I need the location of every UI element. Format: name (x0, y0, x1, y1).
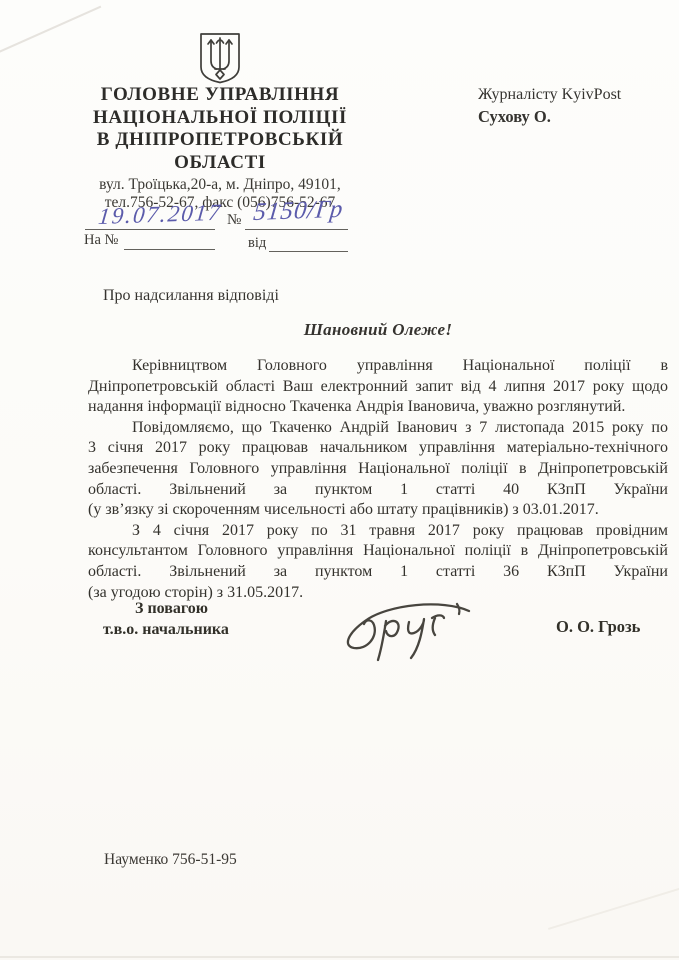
scanned-letter-page: ГОЛОВНЕ УПРАВЛІННЯ НАЦІОНАЛЬНОЇ ПОЛІЦІЇ … (0, 0, 679, 960)
org-name-line: ГОЛОВНЕ УПРАВЛІННЯ (58, 84, 382, 107)
signer-position: т.в.о. начальника (103, 619, 229, 640)
body-line: забезпечення Головного управління Націон… (88, 459, 668, 480)
executor-contact: Науменко 756-51-95 (104, 851, 237, 869)
signer-name: О. О. Грозь (556, 617, 640, 637)
body-line: Дніпропетровській області Ваш електронни… (88, 377, 668, 398)
letterhead-org-name: ГОЛОВНЕ УПРАВЛІННЯ НАЦІОНАЛЬНОЇ ПОЛІЦІЇ … (58, 84, 382, 174)
recipient-role: Журналісту KyivPost (478, 84, 668, 106)
body-line: області. Звільнений за пунктом 1 статті … (88, 562, 668, 583)
letter-body: Керівництвом Головного управління Націон… (88, 356, 668, 603)
address-line: вул. Троїцька,20-а, м. Дніпро, 49101, (58, 176, 382, 194)
body-line: області. Звільнений за пунктом 1 статті … (88, 480, 668, 501)
handwritten-date: 19.07.2017 (97, 200, 223, 230)
handwritten-signature-icon (328, 586, 480, 666)
handwritten-doc-number: 5150/Гр (252, 196, 345, 227)
org-name-line: ОБЛАСТІ (58, 152, 382, 175)
body-line: Повідомляємо, що Ткаченко Андрій Іванови… (88, 418, 668, 439)
from-date-label: від (248, 235, 266, 252)
recipient-block: Журналісту KyivPost Сухову О. (478, 84, 668, 128)
scan-crease-line (548, 884, 679, 930)
body-line: 3 січня 2017 року працював начальником у… (88, 438, 668, 459)
form-underline-ref (124, 249, 215, 250)
number-sign-label: № (227, 212, 241, 229)
org-name-line: НАЦІОНАЛЬНОЇ ПОЛІЦІЇ (58, 107, 382, 130)
body-line: консультантом Головного управління Націо… (88, 541, 668, 562)
ukraine-trident-shield-icon (198, 32, 242, 84)
body-line: надання інформації відносно Ткаченка Анд… (88, 397, 668, 418)
form-underline-from (269, 251, 348, 252)
body-line: Керівництвом Головного управління Націон… (88, 356, 668, 377)
form-underline-number (245, 229, 348, 230)
body-line: (у зв’язку зі скороченням чисельності аб… (88, 500, 668, 521)
recipient-name: Сухову О. (478, 106, 668, 128)
scan-crease-line (0, 6, 101, 56)
signature-closing-block: З повагою т.в.о. начальника (103, 598, 229, 640)
org-name-line: В ДНІПРОПЕТРОВСЬКІЙ (58, 129, 382, 152)
form-underline-date (85, 229, 215, 230)
subject-line: Про надсилання відповіді (103, 287, 279, 305)
scan-edge-line (0, 956, 679, 958)
reply-to-number-label: На № (84, 232, 118, 249)
body-line: З 4 січня 2017 року по 31 травня 2017 ро… (88, 521, 668, 542)
closing-phrase: З повагою (103, 598, 229, 619)
salutation: Шановний Олеже! (88, 320, 668, 340)
